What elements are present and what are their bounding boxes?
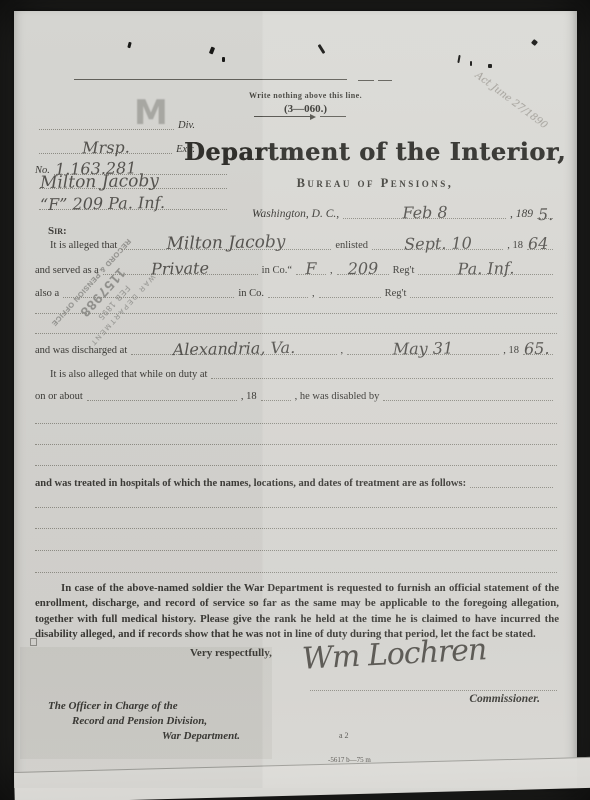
also-rank-blank [63,294,234,298]
discharged-comma: , [341,344,344,357]
duty-row: It is also alleged that while on duty at [50,368,557,381]
salutation: Sir: [48,225,67,237]
blank-line [35,423,557,424]
duty-place-blank [211,375,553,379]
div-label: Div. [178,119,195,132]
signature-line [310,690,557,691]
claimant-unit-row: “F” 209 Pa. Inf. [35,206,231,212]
ink-speck [470,61,472,66]
ink-speck [127,42,131,49]
claimant-unit-blank: “F” 209 Pa. Inf. [39,206,227,210]
arrow-divider [254,116,310,117]
also-number-blank [319,294,381,298]
alleged-label: It is alleged that [50,239,117,252]
also-company-blank [268,294,308,298]
discharge-place-value: Alexandria, Va. [173,340,296,358]
year-blank: 5. [537,215,553,219]
document-paper: Write nothing above this line. (3—060.) … [14,11,577,788]
also-label: also a [35,287,59,300]
margin-mark [30,638,37,646]
hospitals-blank [470,484,553,488]
div-row: Div. [35,119,195,132]
served-co-label: in Co.“ [262,264,292,277]
top-rule [74,79,347,80]
rank-value: Private [151,261,209,278]
discharge-place-blank: Alexandria, Va. [131,351,336,355]
discharge-year-prefix: , 18 [503,344,519,357]
disabled-date-blank [87,397,237,401]
enlisted-year-prefix: , 18 [507,239,523,252]
date-blank: Feb 8 [343,215,506,219]
page-mark: a 2 [339,731,349,740]
also-served-row: also a in Co. , Reg't [35,287,557,300]
ink-speck [531,39,538,46]
company-blank: F [296,271,326,275]
enlisted-label: enlisted [335,239,368,252]
ink-speck [488,64,492,68]
served-row: and served as a Private in Co.“ F , 209 … [35,264,557,277]
served-regt-label: Reg't [393,264,415,277]
enlisted-year-value: 64 [528,236,549,252]
disabled-label: on or about [35,390,83,403]
duty-label: It is also alleged that while on duty at [50,368,207,381]
ink-speck [318,44,326,54]
ink-speck [457,55,460,63]
disabled-year-prefix: , 18 [241,390,257,403]
arrow-divider-dash [320,116,346,117]
company-value: F [305,261,316,277]
enlisted-year-blank: 64 [527,246,553,250]
also-regiment-blank [410,294,553,298]
discharge-year-value: 65. [524,341,550,357]
claimant-name-value: Milton Jacoby [40,173,159,192]
served-label: and served as a [35,264,99,277]
regiment-number-blank: 209 [337,271,389,275]
regiment-blank: Pa. Inf. [418,271,553,275]
date-handwritten: Feb 8 [402,205,447,222]
claimant-unit-value: “F” 209 Pa. Inf. [40,195,165,213]
paper-fold [14,757,590,800]
ink-speck [222,57,225,62]
top-rule-dash [378,80,392,81]
place-label: Washington, D. C., [252,207,339,221]
year-prefix: , 189 [510,207,533,221]
served-comma: , [330,264,333,277]
discharge-year-blank: 65. [523,351,553,355]
also-comma: , [312,287,315,300]
blank-line [35,572,557,573]
rank-blank: Private [103,271,258,275]
ink-speck [209,47,215,55]
alleged-name-value: Milton Jacoby [167,234,286,253]
discharge-date-blank: May 31 [347,351,499,355]
also-co-label: in Co. [238,287,264,300]
addressee-line-2: Record and Pension Division, [72,715,207,727]
enlisted-date-value: Sept. 10 [404,236,472,253]
form-number: (3—060.) [24,103,587,115]
enlisted-date-blank: Sept. 10 [372,246,503,250]
exr-blank: Mrsp. [39,150,172,154]
hospitals-label: and was treated in hospitals of which th… [35,477,466,490]
also-regt-label: Reg't [385,287,407,300]
discharged-row: and was discharged at Alexandria, Va. , … [35,344,557,357]
discharged-label: and was discharged at [35,344,127,357]
hospitals-row: and was treated in hospitals of which th… [35,477,557,490]
addressee-line-3: War Department. [162,730,240,742]
blank-line [35,465,557,466]
blank-line [35,444,557,445]
alleged-row: It is alleged that Milton Jacoby enliste… [50,239,557,252]
disabled-post-label: , he was disabled by [295,390,380,403]
blank-line [35,550,557,551]
disabled-row: on or about , 18 , he was disabled by [35,390,557,403]
div-blank [39,126,174,130]
photo-dark-frame: Write nothing above this line. (3—060.) … [0,0,590,800]
discharge-date-value: May 31 [393,341,454,358]
addressee-line-1: The Officer in Charge of the [48,700,178,712]
document-title: Department of the Interior, [160,137,590,166]
blank-line [35,333,557,334]
blank-line [35,507,557,508]
year-handwritten: 5. [538,207,554,223]
disabled-year-blank [261,397,291,401]
document-subtitle: Bureau of Pensions, [160,176,590,191]
top-rule-dash [358,80,374,81]
regiment-number-value: 209 [347,261,378,278]
blank-line [35,313,557,314]
exr-handwritten-value: Mrsp. [82,140,130,157]
regiment-value: Pa. Inf. [457,261,514,278]
alleged-name-blank: Milton Jacoby [121,246,331,250]
date-line-row: Washington, D. C., Feb 8 , 189 5. [252,207,557,221]
blank-line [35,528,557,529]
disability-blank [383,397,553,401]
commissioner-title: Commissioner. [384,693,540,705]
